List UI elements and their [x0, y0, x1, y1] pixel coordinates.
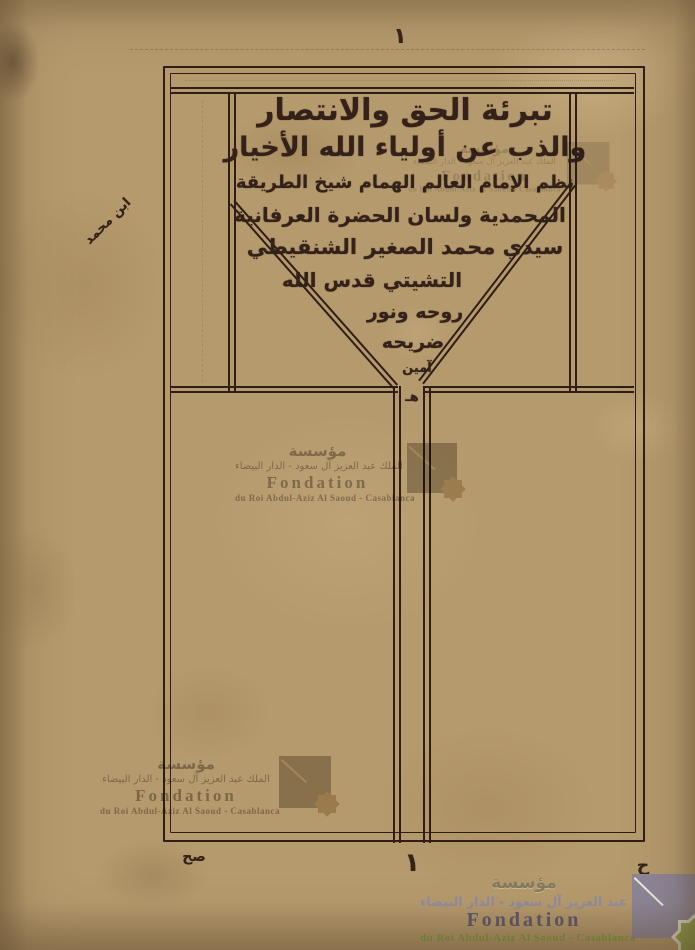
footer-arabic-name: مؤسسة [420, 874, 628, 893]
foundation-footer: مؤسسة الملك عبد العزيز آل سعود - الدار ا… [420, 874, 695, 945]
folio-number-top: ١ [380, 24, 420, 49]
title-line: المحمدية ولسان الحضرة العرفانية [200, 203, 600, 227]
manuscript-page: تبرئة الحق والانتصار والذب عن أولياء الل… [0, 0, 695, 950]
quire-letter: ح [628, 856, 658, 876]
margin-note: ابن محمد [69, 182, 147, 260]
footer-latin-line: du Roi Abdul-Aziz Al Saoud - Casablanca [420, 931, 628, 945]
star-core [680, 922, 695, 950]
title-line: والذب عن أولياء الله الأخيار [205, 132, 605, 163]
title-line: نظم الإمام العالم الهمام شيخ الطريقة [205, 172, 605, 193]
title-line: سيدي محمد الصغير الشنقيطي [205, 235, 605, 259]
title-line: روحه ونور [215, 301, 615, 323]
bleed-through-line [130, 49, 645, 50]
logo-diagonal-line [634, 877, 664, 906]
title-line: ضريحه [213, 331, 613, 353]
correction-mark: صح [172, 849, 216, 865]
footer-arabic-line: الملك عبد العزيز آل سعود - الدار البيضاء [420, 893, 628, 910]
catchword: هـ [312, 390, 512, 405]
title-line: تبرئة الحق والانتصار [205, 93, 605, 128]
title-line: التشيتي قدس الله [172, 268, 572, 292]
frame-neck-left-rule [393, 386, 401, 843]
amen-word: آمين [317, 361, 517, 376]
foundation-logo-icon [632, 874, 695, 938]
ink-stain [0, 22, 40, 102]
eight-point-star-icon [680, 922, 695, 950]
footer-latin-name: Fondation [420, 910, 628, 931]
frame-neck-right-rule [423, 386, 431, 843]
